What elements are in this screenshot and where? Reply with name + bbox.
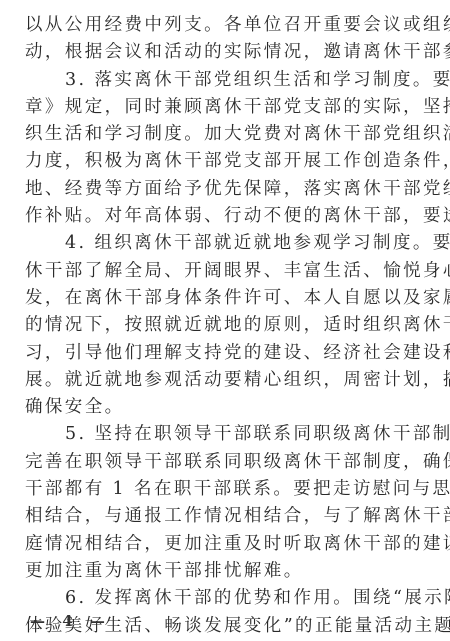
text-line-11: 发，在离休干部身体条件许可、本人自愿以及家属子女同意 — [25, 285, 427, 312]
text-line-18: 干部都有 1 名在职干部联系。要把走访慰问与思想政治引领 — [25, 476, 427, 503]
text-line-5: 织生活和学习制度。加大党费对离休干部党组织活动的支持 — [25, 121, 427, 148]
section-6-heading-line: 6. 发挥离休干部的优势和作用。围绕“展示阳光心态、 — [25, 585, 427, 612]
section-3-heading-line: 3. 落实离休干部党组织生活和学习制度。要按照《党 — [25, 67, 427, 94]
text-line-13: 习，引导他们理解支持党的建设、经济社会建设和改革发 — [25, 340, 427, 367]
document-page: 以从公用经费中列支。各单位召开重要会议或组织重大活 动，根据会议和活动的实际情况… — [25, 12, 427, 640]
section-5-heading-line: 5. 坚持在职领导干部联系同职级离休干部制度。坚持 — [25, 421, 427, 448]
text-line-10: 休干部了解全局、开阔眼界、丰富生活、愉悦身心的实际出 — [25, 258, 427, 285]
text-line-17: 完善在职领导干部联系同职级离休干部制度，确保每名离休 — [25, 449, 427, 476]
text-line-2: 动，根据会议和活动的实际情况，邀请离休干部参加。 — [25, 39, 427, 66]
text-line-6: 力度，积极为离休干部党支部开展工作创造条件，在活动场 — [25, 148, 427, 175]
page-number: — 4 — — [30, 612, 111, 630]
text-line-20: 庭情况相结合，更加注重及时听取离休干部的建议和意见， — [25, 531, 427, 558]
text-line-7: 地、经费等方面给予优先保障，落实离休干部党组织书记工 — [25, 176, 427, 203]
section-4-heading-line: 4. 组织离休干部就近就地参观学习制度。要从满足离 — [25, 230, 427, 257]
text-line-14: 展。就近就地参观活动要精心组织，周密计划，搞好保障， — [25, 367, 427, 394]
text-line-21: 更加注重为离休干部排忧解难。 — [25, 558, 427, 585]
text-line-12: 的情况下，按照就近就地的原则，适时组织离休干部参观学 — [25, 312, 427, 339]
text-line-4: 章》规定，同时兼顾离休干部党支部的实际，坚持落实党组 — [25, 94, 427, 121]
text-line-15: 确保安全。 — [25, 394, 427, 421]
text-line-8: 作补贴。对年高体弱、行动不便的离休干部，要送学上门。 — [25, 203, 427, 230]
text-line-19: 相结合，与通报工作情况相结合，与了解离休干部生活和家 — [25, 503, 427, 530]
text-line-1: 以从公用经费中列支。各单位召开重要会议或组织重大活 — [25, 12, 427, 39]
